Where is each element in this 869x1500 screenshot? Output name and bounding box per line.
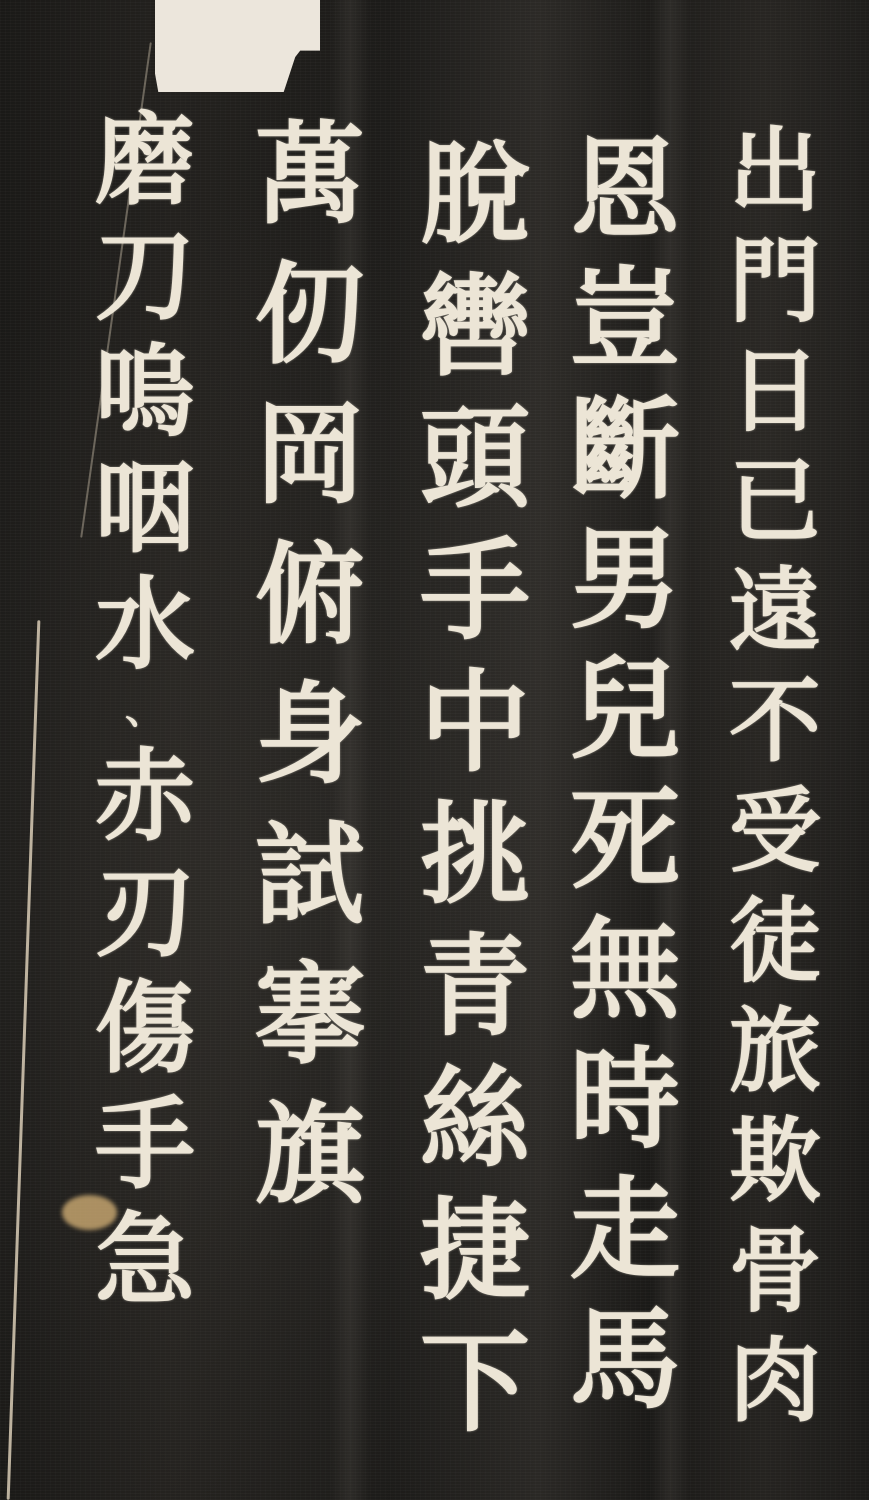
character: 恩 <box>570 135 680 245</box>
character: 傷 <box>95 978 195 1078</box>
character: 已 <box>729 455 821 547</box>
character: 仞 <box>255 260 365 370</box>
character: 死 <box>570 785 680 895</box>
character: 水 <box>95 574 195 674</box>
character: 豈 <box>570 265 680 375</box>
character: 走 <box>570 1175 680 1285</box>
character: 岡 <box>255 400 365 510</box>
calligraphy-rubbing: 出 門 日 已 遠 不 受 徒 旅 欺 骨 肉 恩 豈 斷 男 兒 死 無 時 … <box>0 0 869 1500</box>
character: 骨 <box>729 1225 821 1317</box>
character: 絲 <box>420 1064 530 1174</box>
character: 咽 <box>95 458 195 558</box>
character: 搴 <box>255 960 365 1070</box>
character: 刃 <box>95 862 195 962</box>
character: 無 <box>570 915 680 1025</box>
character: 不 <box>729 675 821 767</box>
character: 脫 <box>420 140 530 250</box>
character: 急 <box>95 1210 195 1310</box>
character: 兒 <box>570 655 680 765</box>
character: 馬 <box>570 1305 680 1415</box>
character: 嗚 <box>95 342 195 442</box>
character: 旗 <box>255 1100 365 1210</box>
character: 磨 <box>95 110 195 210</box>
character: 遠 <box>729 565 821 657</box>
character: 捷 <box>420 1196 530 1306</box>
character: 試 <box>255 820 365 930</box>
character: 旅 <box>729 1005 821 1097</box>
character: 下 <box>420 1328 530 1438</box>
character: 受 <box>729 785 821 877</box>
character: 出 <box>729 125 821 217</box>
character: 門 <box>729 235 821 327</box>
character: 挑 <box>420 800 530 910</box>
text-column-1: 出 門 日 已 遠 不 受 徒 旅 欺 骨 肉 <box>725 125 825 1427</box>
character: 斷 <box>570 395 680 505</box>
character: 萬 <box>255 120 365 230</box>
character: 轡 <box>420 272 530 382</box>
character: 中 <box>420 668 530 778</box>
character: 徒 <box>729 895 821 987</box>
character: 俯 <box>255 540 365 650</box>
text-column-3: 脫 轡 頭 手 中 挑 青 絲 捷 下 <box>420 140 530 1438</box>
character: 手 <box>95 1094 195 1194</box>
character: 青 <box>420 932 530 1042</box>
repeat-mark: 、 <box>125 690 165 730</box>
character: 時 <box>570 1045 680 1155</box>
character: 刀 <box>95 226 195 326</box>
character: 赤 <box>95 746 195 846</box>
character: 男 <box>570 525 680 635</box>
character: 頭 <box>420 404 530 514</box>
character: 手 <box>420 536 530 646</box>
text-column-4: 萬 仞 岡 俯 身 試 搴 旗 <box>255 120 365 1210</box>
character: 日 <box>729 345 821 437</box>
text-column-5: 磨 刀 嗚 咽 水 、 赤 刃 傷 手 急 <box>90 110 200 1310</box>
character: 欺 <box>729 1115 821 1207</box>
character: 肉 <box>729 1335 821 1427</box>
character: 身 <box>255 680 365 790</box>
text-column-2: 恩 豈 斷 男 兒 死 無 時 走 馬 <box>570 135 680 1415</box>
